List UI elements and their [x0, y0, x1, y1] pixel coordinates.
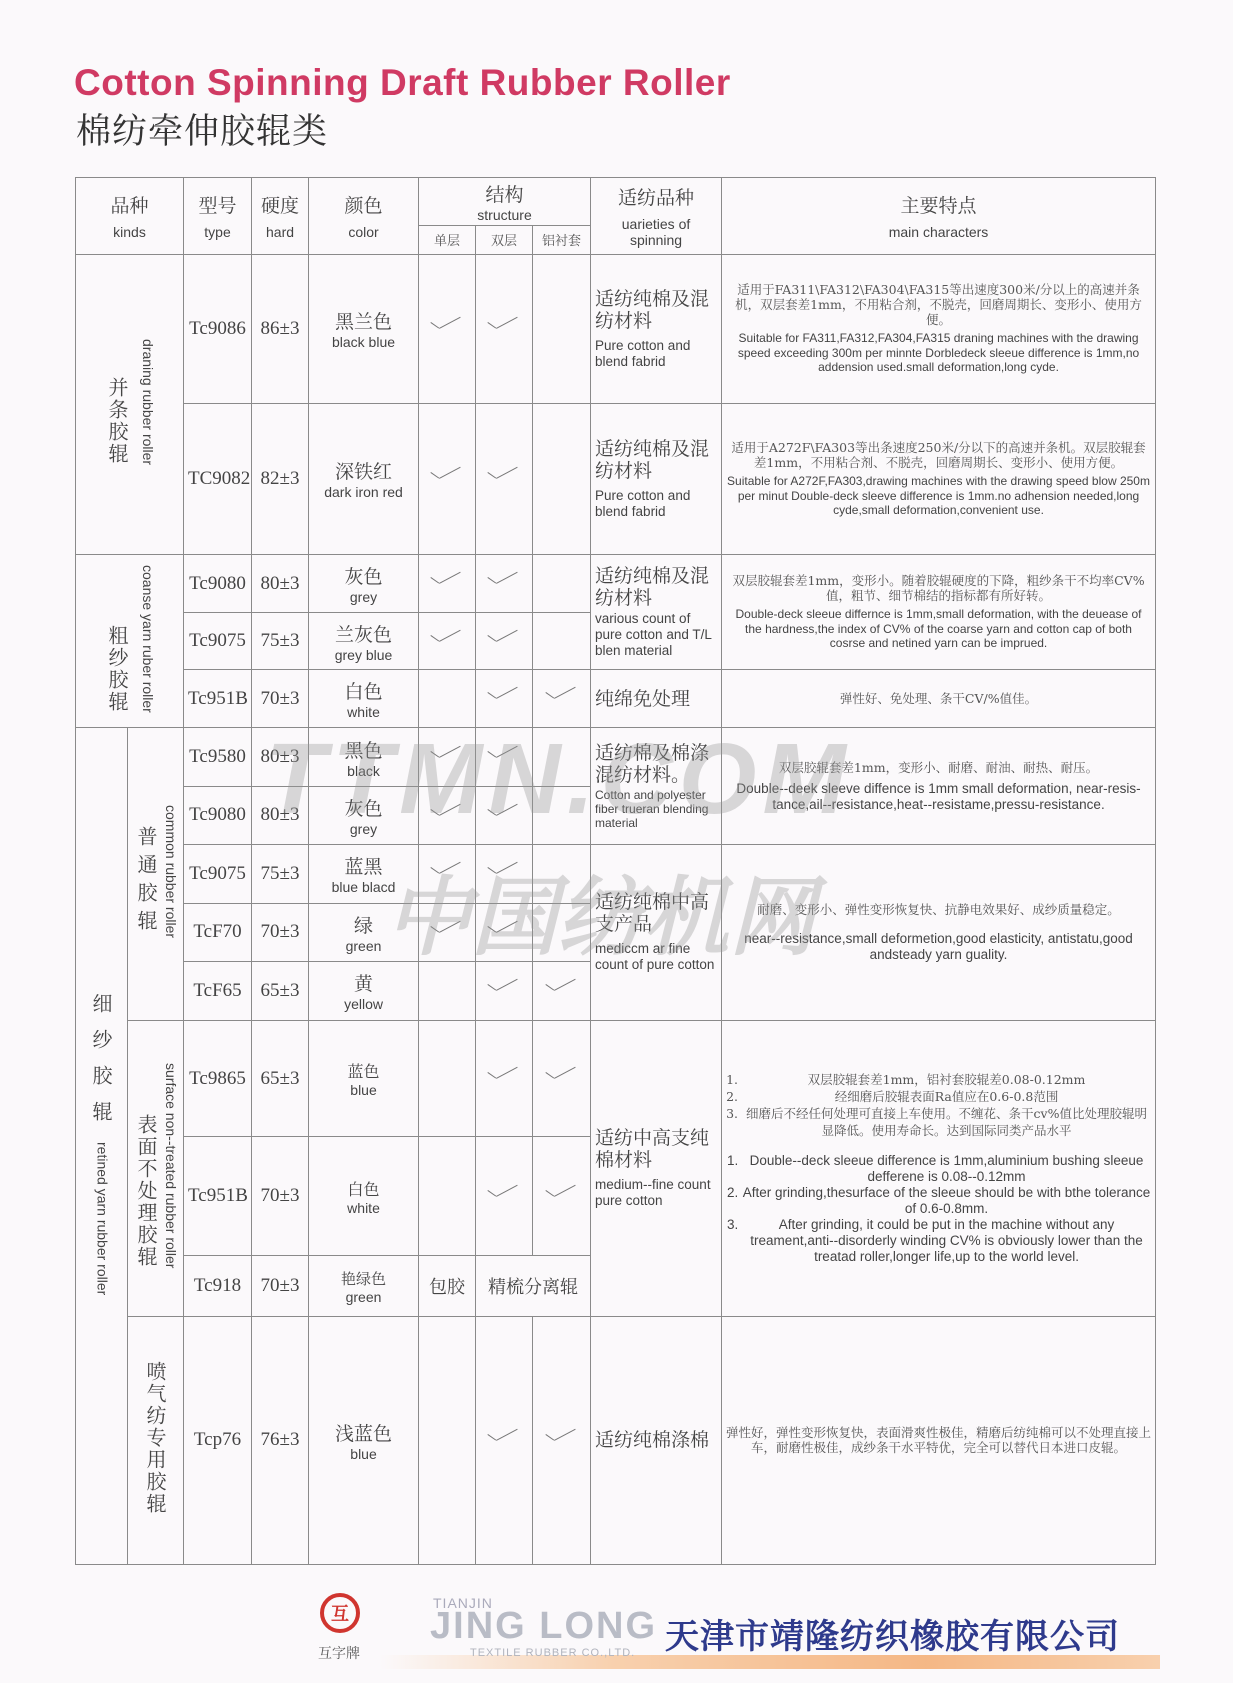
type-cell: Tc9075 [184, 845, 252, 903]
type-cell: Tc951B [184, 1137, 252, 1256]
brand-name: 互字牌 [318, 1643, 360, 1663]
single-cell [419, 786, 476, 844]
type-cell: TC9082 [184, 403, 252, 554]
check-icon [429, 863, 465, 879]
col-structure: 结构structure [419, 178, 591, 226]
spinning-cell: 适纺纯棉及混纺材料Pure cotton and blend fabrid [591, 254, 722, 403]
rubber-co-label: TEXTILE RUBBER CO.,LTD. [470, 1647, 635, 1659]
single-cell [419, 613, 476, 669]
spinning-cell: 适纺纯棉及混纺材料various count of pure cotton an… [591, 554, 722, 669]
type-cell: TcF65 [184, 962, 252, 1020]
color-cell: 深铁红dark iron red [309, 403, 419, 554]
double-cell [476, 903, 533, 961]
col-spinning: 适纺品种uarieties of spinning [591, 178, 722, 255]
check-icon [486, 980, 522, 996]
single-cell: 包胶 [419, 1256, 476, 1316]
alu-cell [533, 1316, 591, 1564]
hard-cell: 70±3 [252, 1256, 309, 1316]
double-cell [476, 1020, 533, 1137]
hard-cell: 86±3 [252, 254, 309, 403]
check-icon [544, 688, 580, 704]
feature-cell: 双层胶辊套差1mm，变形小。随着胶辊硬度的下降，粗纱条干不均率CV%值，粗节、细… [722, 554, 1156, 669]
color-cell: 兰灰色grey blue [309, 613, 419, 669]
color-cell: 艳绿色green [309, 1256, 419, 1316]
type-cell: Tc951B [184, 669, 252, 727]
hard-cell: 70±3 [252, 1137, 309, 1256]
single-cell [419, 669, 476, 727]
spinning-cell: 适纺纯棉及混纺材料Pure cotton and blend fabrid [591, 403, 722, 554]
check-icon [429, 573, 465, 589]
spinning-cell: 纯绵免处理 [591, 669, 722, 727]
table-row: 粗纱胶辊coanse yarn ruber roller Tc9080 80±3… [76, 554, 1156, 612]
check-icon [429, 318, 465, 334]
type-cell: Tc9086 [184, 254, 252, 403]
spec-table: 品种kinds 型号type 硬度hard 颜色color 结构structur… [75, 177, 1156, 1565]
alu-cell [533, 728, 591, 786]
group-draning: 并条胶辊draning rubber roller [76, 254, 184, 554]
hard-cell: 75±3 [252, 845, 309, 903]
spinning-cell: 适纺纯棉涤棉 [591, 1316, 722, 1564]
group-common: 普通胶辊common rubber roller [128, 728, 184, 1020]
hard-cell: 76±3 [252, 1316, 309, 1564]
double-cell [476, 1316, 533, 1564]
color-cell: 黄yellow [309, 962, 419, 1020]
color-cell: 浅蓝色blue [309, 1316, 419, 1564]
alu-cell [533, 254, 591, 403]
single-cell [419, 1316, 476, 1564]
color-cell: 灰色grey [309, 786, 419, 844]
hard-cell: 80±3 [252, 554, 309, 612]
feature-cell: 双层胶辊套差1mm，铝衬套胶辊差0.08-0.12mm 经细磨后胶辊表面Ra值应… [722, 1020, 1156, 1316]
table-row: 细纱胶辊retined yarn rubber roller 普通胶辊commo… [76, 728, 1156, 786]
company-name: 天津市靖隆纺织橡胶有限公司 [665, 1609, 1120, 1658]
hard-cell: 70±3 [252, 903, 309, 961]
alu-cell [533, 903, 591, 961]
jinglong-logo: JING LONG [430, 1605, 657, 1648]
col-single: 单层 [419, 226, 476, 254]
type-cell: Tc918 [184, 1256, 252, 1316]
table-row: Tc951B 70±3 白色white 纯绵免处理 弹性好、免处理、条干CV/%… [76, 669, 1156, 727]
type-cell: Tc9580 [184, 728, 252, 786]
col-double: 双层 [476, 226, 533, 254]
alu-cell [533, 1020, 591, 1137]
type-cell: TcF70 [184, 903, 252, 961]
brand-logo-icon: 互 [320, 1593, 360, 1633]
check-icon [429, 922, 465, 938]
check-icon [486, 1186, 522, 1202]
check-icon [544, 1430, 580, 1446]
color-cell: 黑兰色black blue [309, 254, 419, 403]
check-icon [486, 631, 522, 647]
check-icon [544, 980, 580, 996]
page-title-en: Cotton Spinning Draft Rubber Roller [74, 62, 731, 104]
color-cell: 灰色grey [309, 554, 419, 612]
color-cell: 黑色black [309, 728, 419, 786]
footer: 互 互字牌 TIANJIN JING LONG TEXTILE RUBBER C… [0, 1585, 1233, 1683]
check-icon [429, 747, 465, 763]
group-airjet: 喷气纺专用胶辊 [128, 1316, 184, 1564]
check-icon [486, 468, 522, 484]
single-cell [419, 1137, 476, 1256]
check-icon [486, 805, 522, 821]
check-icon [429, 468, 465, 484]
type-cell: Tc9075 [184, 613, 252, 669]
alu-cell [533, 669, 591, 727]
type-cell: Tc9865 [184, 1020, 252, 1137]
table-row: Tc9075 75±3 蓝黑blue blacd 适纺纯棉中高支产品medicc… [76, 845, 1156, 903]
single-cell [419, 845, 476, 903]
spinning-cell: 适纺纯棉中高支产品mediccm ar fine count of pure c… [591, 845, 722, 1020]
color-cell: 蓝黑blue blacd [309, 845, 419, 903]
check-icon [486, 573, 522, 589]
alu-cell [533, 403, 591, 554]
double-cell [476, 254, 533, 403]
col-hard: 硬度hard [252, 178, 309, 255]
double-cell [476, 554, 533, 612]
double-cell [476, 1137, 533, 1256]
feature-list-en: Double--deck sleeue difference is 1mm,al… [726, 1153, 1151, 1265]
col-color: 颜色color [309, 178, 419, 255]
type-cell: Tc9080 [184, 786, 252, 844]
alu-cell [533, 845, 591, 903]
feature-cell: 耐磨、变形小、弹性变形恢复快、抗静电效果好、成纱质量稳定。near--resis… [722, 845, 1156, 1020]
col-kinds: 品种kinds [76, 178, 184, 255]
alu-cell [533, 962, 591, 1020]
alu-cell [533, 1137, 591, 1256]
color-cell: 绿green [309, 903, 419, 961]
table-row: 表面不处理胶辊surface non--treated rubber rolle… [76, 1020, 1156, 1137]
hard-cell: 75±3 [252, 613, 309, 669]
single-cell [419, 728, 476, 786]
feature-cell: 双层胶辊套差1mm，变形小、耐磨、耐油、耐热、耐压。Double--deek s… [722, 728, 1156, 845]
hard-cell: 80±3 [252, 786, 309, 844]
spinning-cell: 适纺棉及棉涤混纺材料。Cotton and polyester fiber tr… [591, 728, 722, 845]
color-cell: 白色white [309, 1137, 419, 1256]
double-cell [476, 962, 533, 1020]
spinning-cell: 适纺中高支纯棉材料medium--fine count pure cotton [591, 1020, 722, 1316]
check-icon [486, 1430, 522, 1446]
type-cell: Tc9080 [184, 554, 252, 612]
color-cell: 白色white [309, 669, 419, 727]
single-cell [419, 554, 476, 612]
single-cell [419, 903, 476, 961]
double-alu-cell: 精梳分离辊 [476, 1256, 591, 1316]
page-title-cn: 棉纺牵伸胶辊类 [76, 104, 328, 154]
hard-cell: 82±3 [252, 403, 309, 554]
col-main: 主要特点main characters [722, 178, 1156, 255]
table-row: TC9082 82±3 深铁红dark iron red 适纺纯棉及混纺材料Pu… [76, 403, 1156, 554]
check-icon [486, 863, 522, 879]
feature-cell: 弹性好、免处理、条干CV/%值佳。 [722, 669, 1156, 727]
double-cell [476, 845, 533, 903]
group-coarse: 粗纱胶辊coanse yarn ruber roller [76, 554, 184, 727]
hard-cell: 80±3 [252, 728, 309, 786]
table-row: 并条胶辊draning rubber roller Tc9086 86±3 黑兰… [76, 254, 1156, 403]
feature-cell: 弹性好，弹性变形恢复快，表面滑爽性极佳，精磨后纺纯棉可以不处理直接上车，耐磨性极… [722, 1316, 1156, 1564]
group-surface: 表面不处理胶辊surface non--treated rubber rolle… [128, 1020, 184, 1316]
double-cell [476, 786, 533, 844]
hard-cell: 70±3 [252, 669, 309, 727]
double-cell [476, 403, 533, 554]
col-alu: 铝衬套 [533, 226, 591, 254]
feature-cell: 适用于FA311\FA312\FA304\FA315等出速度300米/分以上的高… [722, 254, 1156, 403]
check-icon [429, 805, 465, 821]
hard-cell: 65±3 [252, 1020, 309, 1137]
alu-cell [533, 613, 591, 669]
col-type: 型号type [184, 178, 252, 255]
check-icon [486, 318, 522, 334]
alu-cell [533, 786, 591, 844]
feature-list-cn: 双层胶辊套差1mm，铝衬套胶辊差0.08-0.12mm 经细磨后胶辊表面Ra值应… [726, 1071, 1151, 1139]
table-row: 喷气纺专用胶辊 Tcp76 76±3 浅蓝色blue 适纺纯棉涤棉 弹性好，弹性… [76, 1316, 1156, 1564]
check-icon [544, 1186, 580, 1202]
single-cell [419, 1020, 476, 1137]
single-cell [419, 403, 476, 554]
double-cell [476, 669, 533, 727]
check-icon [429, 631, 465, 647]
double-cell [476, 613, 533, 669]
check-icon [486, 1068, 522, 1084]
double-cell [476, 728, 533, 786]
single-cell [419, 254, 476, 403]
check-icon [486, 747, 522, 763]
group-refined: 细纱胶辊retined yarn rubber roller [76, 728, 128, 1565]
feature-cell: 适用于A272F\FA303等出条速度250米/分以下的高速并条机。双层胶辊套差… [722, 403, 1156, 554]
single-cell [419, 962, 476, 1020]
alu-cell [533, 554, 591, 612]
hard-cell: 65±3 [252, 962, 309, 1020]
check-icon [486, 922, 522, 938]
check-icon [486, 688, 522, 704]
type-cell: Tcp76 [184, 1316, 252, 1564]
color-cell: 蓝色blue [309, 1020, 419, 1137]
check-icon [544, 1068, 580, 1084]
